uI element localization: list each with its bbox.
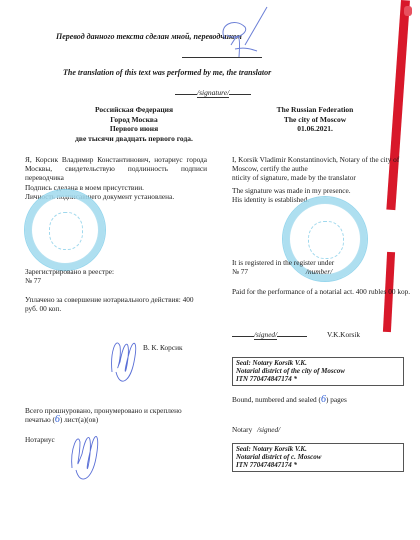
header-en-country: The Russian Federation	[255, 105, 375, 115]
translator-signature-placeholder: /signature/	[175, 88, 251, 97]
certification-ru-paragraph: Я, Корсик Владимир Константинович, нотар…	[25, 155, 207, 182]
ribbon-knot	[404, 6, 412, 16]
header-ru-year: две тысячи двадцать первого года.	[44, 134, 224, 144]
seal2-line2: Notarial district of c. Moscow	[236, 453, 400, 461]
header-ru: Российская Федерация Город Москва Первог…	[44, 105, 224, 143]
translator-signature-line	[182, 57, 262, 58]
seal-box-2: Seal: Notary Korsik V.K. Notarial distri…	[232, 443, 404, 472]
signed-placeholder: /signed/	[254, 330, 277, 340]
registry-label-ru: Зарегистрировано в реестре:	[25, 267, 207, 276]
header-en-date: 01.06.2021.	[255, 124, 375, 134]
seal-box-1: Seal: Notary Korsik V.K. Notarial distri…	[232, 357, 404, 386]
en-cert-line3: nticity of signature, made by the transl…	[232, 173, 412, 182]
notary-stamp-left-icon	[24, 189, 106, 271]
seal1-line3: ITN 770474847174 *	[236, 375, 400, 383]
translator-statement-en: The translation of this text was perform…	[63, 68, 271, 77]
fee-en: Paid for the performance of a notarial a…	[232, 287, 412, 296]
seal2-line1: Seal: Notary Korsik V.K.	[236, 445, 400, 453]
bound-suffix-ru: ) лист(а)(ов)	[60, 415, 98, 424]
notary-name-en: V.K.Korsik	[327, 330, 360, 339]
translator-signature-icon	[205, 5, 275, 65]
notary-signature-2-icon	[68, 424, 102, 488]
notary-signed-placeholder: /signed/	[257, 425, 280, 434]
registry-number-en: № 77	[232, 267, 248, 276]
notary-label-ru: Нотариус	[25, 435, 55, 444]
registry-number-placeholder: /number/	[306, 267, 332, 276]
header-en: The Russian Federation The city of Mosco…	[255, 105, 375, 134]
header-ru-day: Первого июня	[44, 124, 224, 134]
registry-number-ru: № 77	[25, 276, 207, 285]
registry-ru: Зарегистрировано в реестре: № 77	[25, 267, 207, 285]
bound-text-en: Bound, numbered and sealed (	[232, 395, 321, 404]
signature-text: /signature/	[197, 88, 229, 98]
bound-statement-ru: Всего прошнуровано, пронумеровано и скре…	[25, 406, 207, 424]
registry-number-row-en: № 77 /number/	[232, 267, 412, 276]
bound-suffix-en: ) pages	[326, 395, 347, 404]
header-en-city: The city of Moscow	[255, 115, 375, 125]
en-cert-line2: Moscow, certify the authe	[232, 164, 412, 173]
header-ru-country: Российская Федерация	[44, 105, 224, 115]
bound-text-ru: Всего прошнуровано, пронумеровано и скре…	[25, 406, 182, 424]
seal1-line1: Seal: Notary Korsik V.K.	[236, 359, 400, 367]
notary-signature-1-icon	[108, 332, 140, 390]
seal2-line3: ITN 770474847174 *	[236, 461, 400, 469]
seal1-line2: Notarial district of the city of Moscow	[236, 367, 400, 375]
header-ru-city: Город Москва	[44, 115, 224, 125]
registry-en: It is registered in the register under №…	[232, 258, 412, 276]
notary-name-ru: В. К. Корсик	[143, 343, 183, 352]
en-cert-line1: I, Korsik Vladimir Konstantinovich, Nota…	[232, 155, 412, 164]
notary-label-en: Notary	[232, 425, 252, 434]
notary-signed-en: Notary /signed/	[232, 425, 280, 434]
fee-ru: Уплачено за совершение нотариального дей…	[25, 295, 207, 313]
registry-label-en: It is registered in the register under	[232, 258, 412, 267]
bound-statement-en: Bound, numbered and sealed (6) pages	[232, 395, 347, 404]
signed-line-en: /signed/ V.K.Korsik	[232, 330, 360, 339]
en-presence-line: The signature was made in my presence.	[232, 186, 412, 195]
certification-en-paragraph: I, Korsik Vladimir Konstantinovich, Nota…	[232, 155, 412, 182]
